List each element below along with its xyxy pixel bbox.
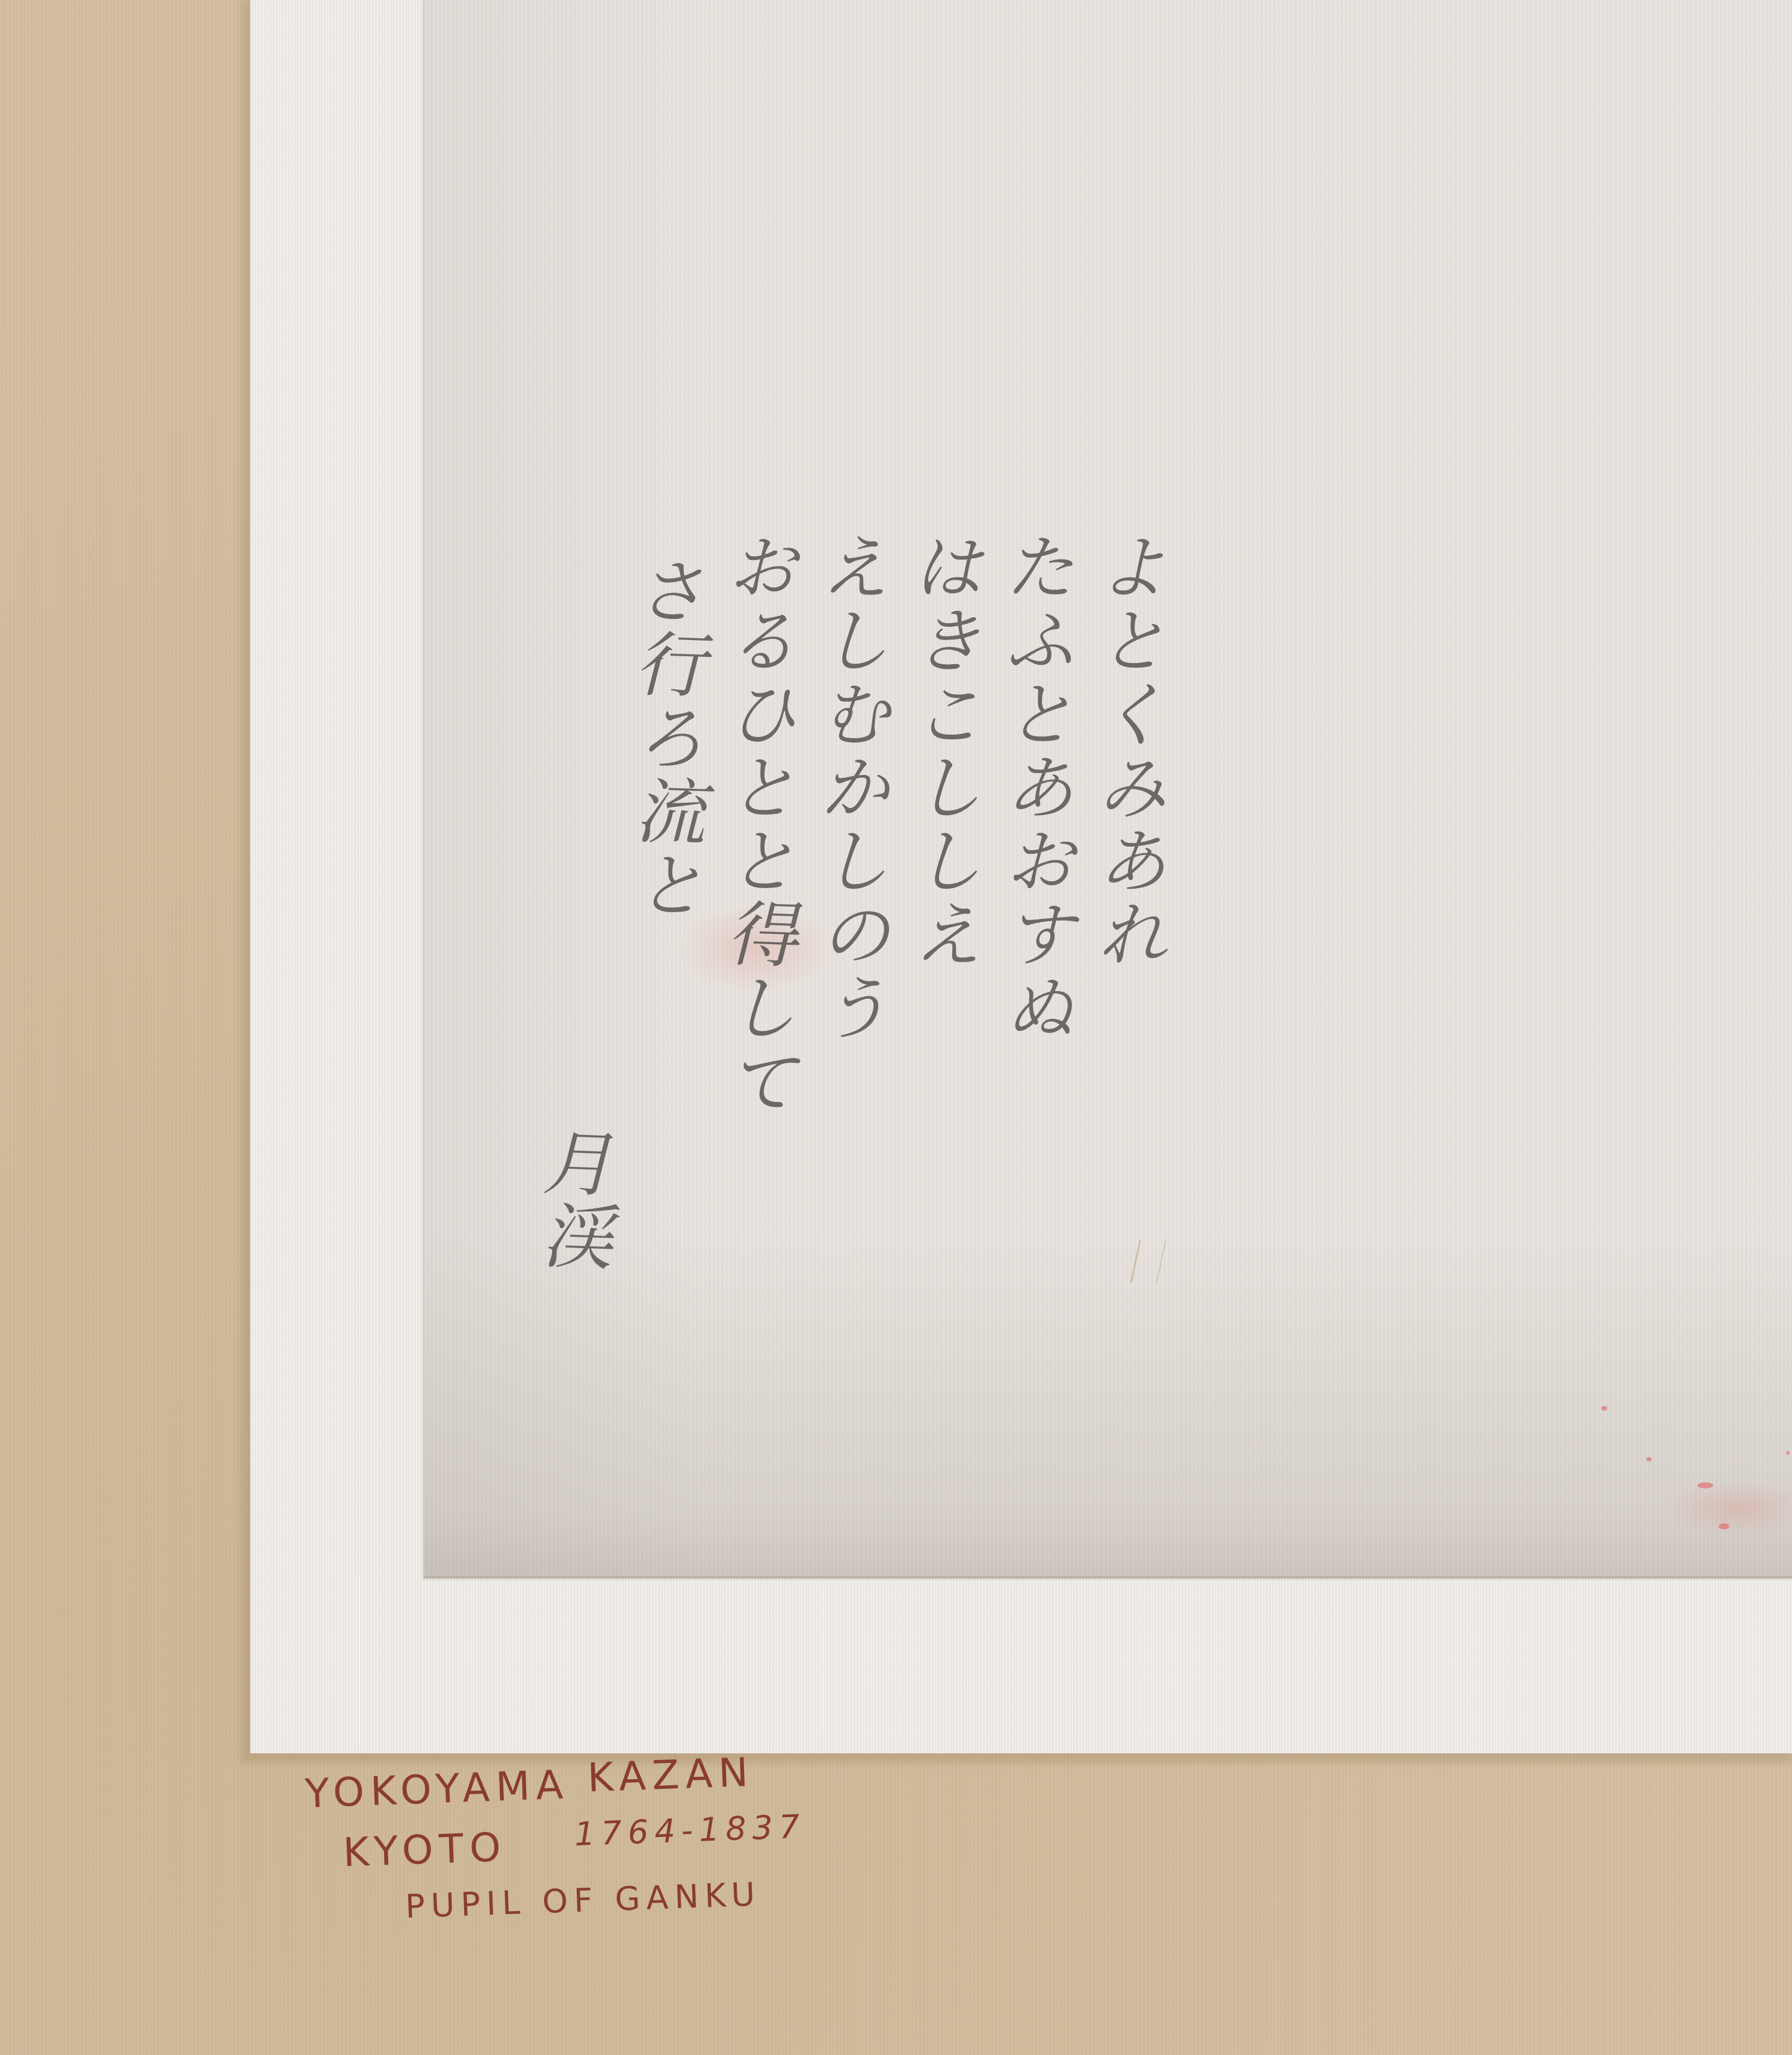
red-pigment-fleck	[1719, 1523, 1729, 1529]
calligraphy-column: よとくみあれ	[1091, 529, 1162, 1290]
calligraphy-column: おるひとと得して	[721, 529, 792, 1290]
calligraphy-column: はきこししえ	[906, 529, 977, 1290]
calligraphy-inscription: よとくみあれ たふとあおすぬ はきこししえ えしむかしのう おるひとと得して さ…	[536, 530, 1162, 1289]
label-artist-given: YOKOYAMA	[304, 1761, 570, 1817]
red-pigment-fleck	[1697, 1482, 1713, 1488]
red-pigment-fleck	[1601, 1406, 1607, 1411]
artist-signature: 月渓	[536, 529, 607, 1290]
label-artist-name: KAZAN	[587, 1749, 755, 1802]
calligraphy-column: たふとあおすぬ	[998, 529, 1069, 1290]
calligraphy-column: えしむかしのう	[813, 529, 884, 1290]
calligraphy-column: さ行ろ流と	[628, 529, 699, 1290]
paper-fiber	[822, 1590, 823, 1734]
label-dates: 1764-1837	[574, 1808, 806, 1853]
paper-fiber	[359, 1578, 360, 1746]
red-pigment-fleck	[1646, 1457, 1652, 1461]
red-pigment-fleck	[1786, 1451, 1790, 1455]
label-city: KYOTO	[343, 1824, 507, 1876]
